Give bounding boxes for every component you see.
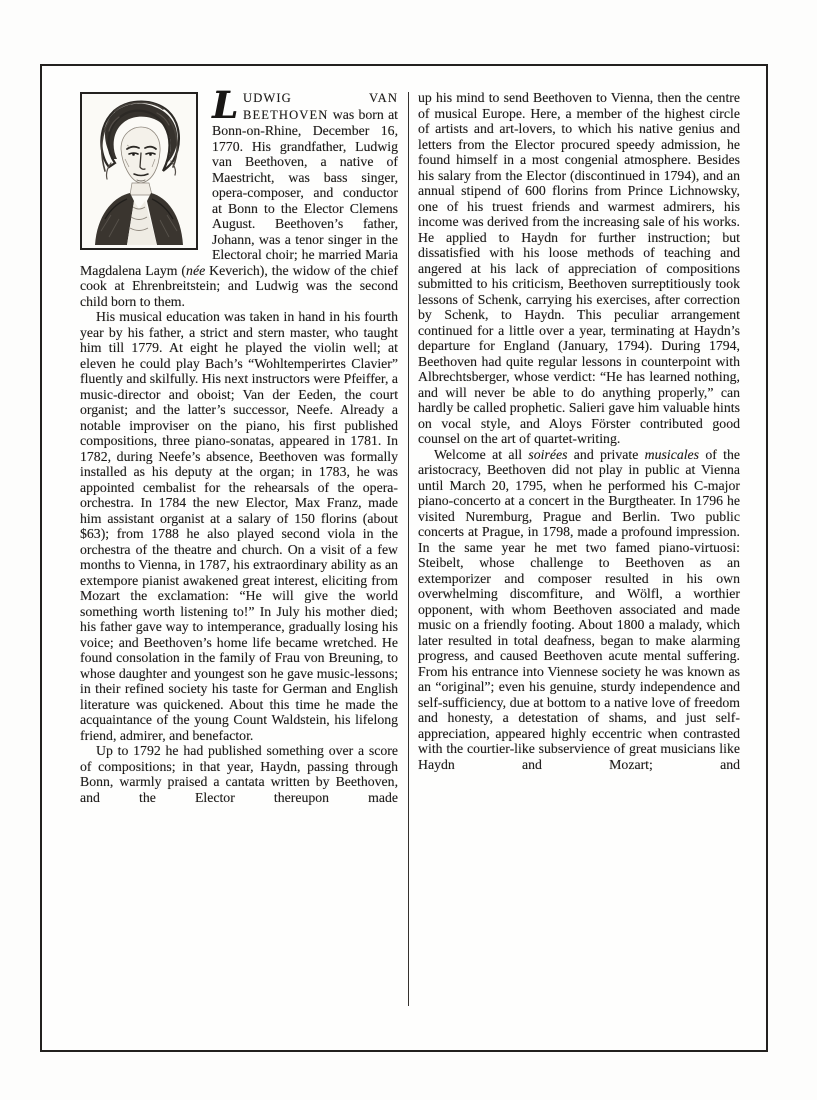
- paragraph-text: and private: [568, 447, 645, 462]
- drop-cap-letter: L: [212, 91, 238, 120]
- italic-word-soirees: soirées: [528, 447, 567, 462]
- paragraph-education: His musical education was taken in hand …: [80, 309, 398, 743]
- paragraph-society: Welcome at all soirées and private music…: [418, 447, 740, 773]
- italic-word-musicales: musicales: [645, 447, 699, 462]
- paragraph-text: of the aristocracy, Beethoven did not pl…: [418, 447, 740, 772]
- beethoven-portrait-engraving: [85, 97, 193, 245]
- scanned-page-background: LUDWIG VAN BEETHOVEN was born at Bonn-on…: [0, 0, 817, 1100]
- left-text-column: LUDWIG VAN BEETHOVEN was born at Bonn-on…: [80, 90, 398, 1020]
- italic-word-nee: née: [186, 263, 205, 278]
- book-page: LUDWIG VAN BEETHOVEN was born at Bonn-on…: [40, 64, 768, 1052]
- right-text-column: up his mind to send Beethoven to Vienna,…: [418, 90, 740, 1020]
- paragraph-compositions: Up to 1792 he had published something ov…: [80, 743, 398, 805]
- column-divider-rule: [408, 92, 409, 1006]
- paragraph-text: Welcome at all: [434, 447, 528, 462]
- beethoven-portrait: [80, 92, 198, 250]
- paragraph-vienna: up his mind to send Beethoven to Vienna,…: [418, 90, 740, 447]
